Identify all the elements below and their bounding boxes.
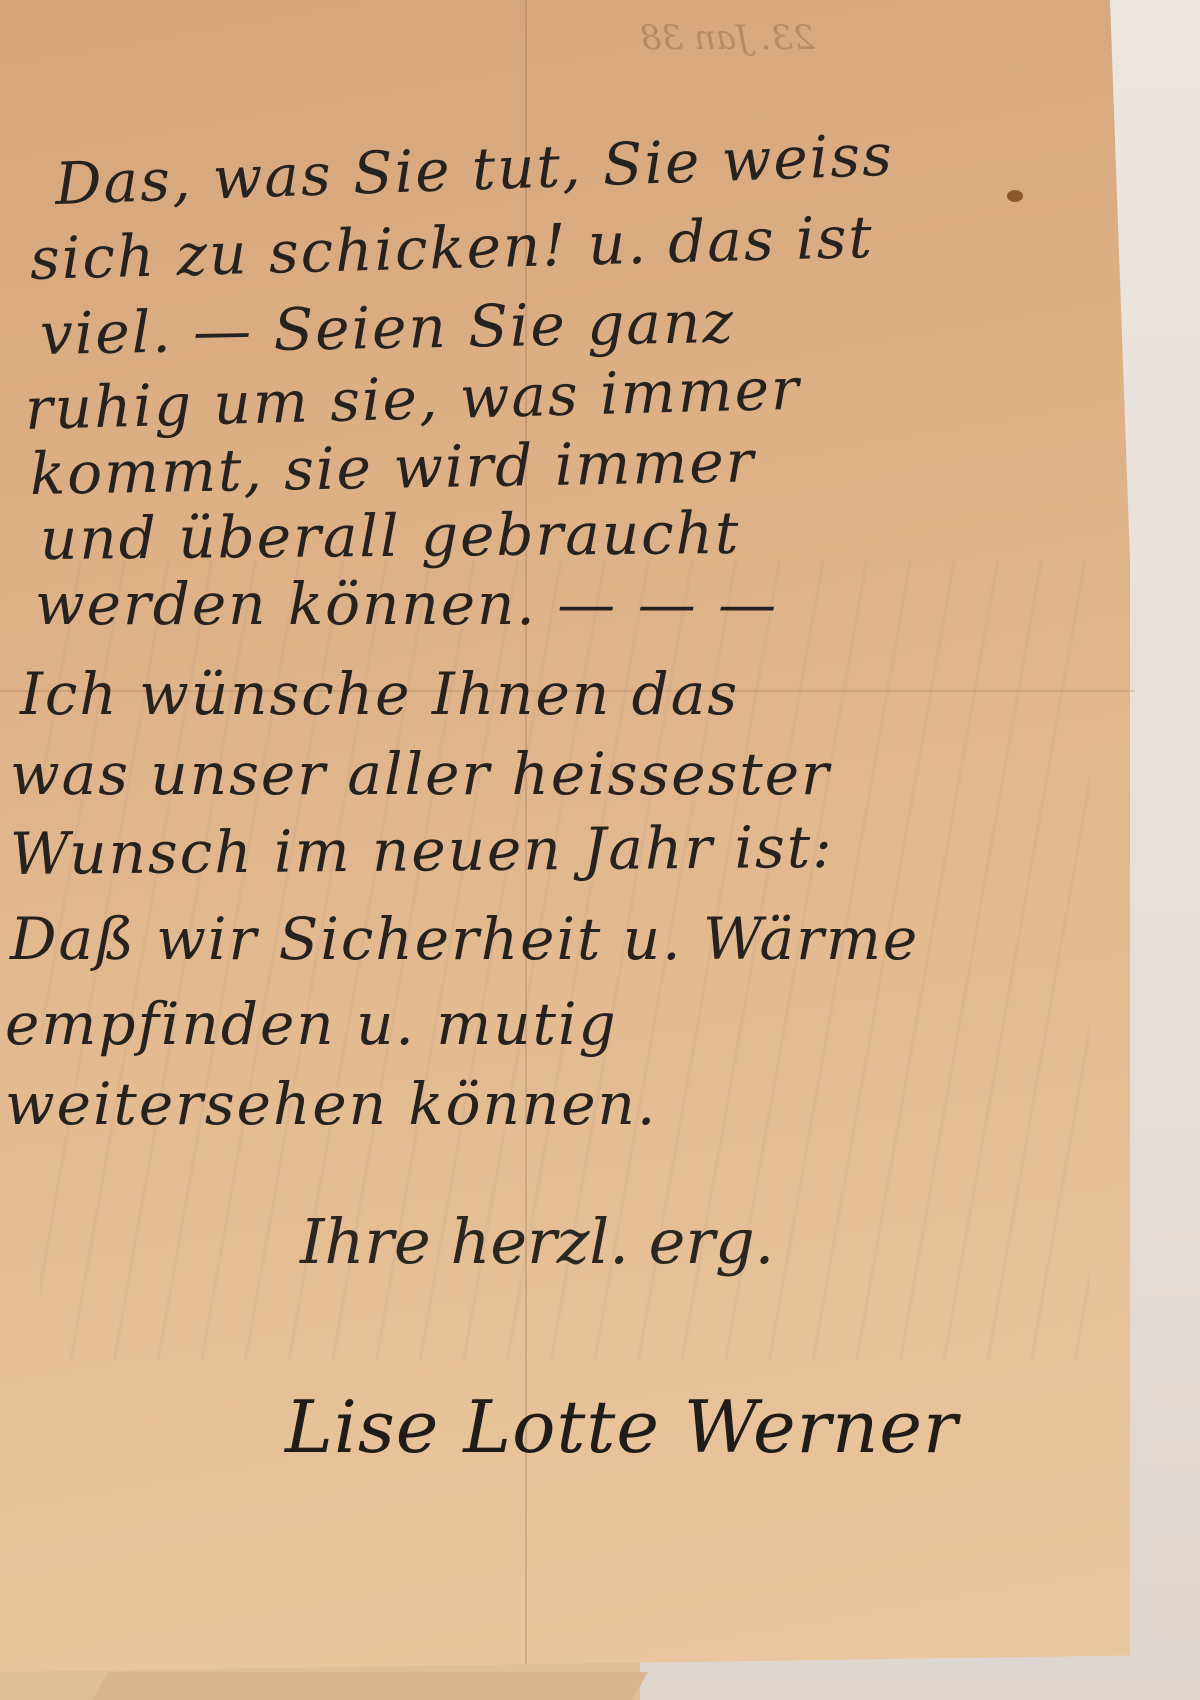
ink-stain <box>1007 190 1023 202</box>
letter-line: kommt, sie wird immer <box>29 427 755 508</box>
mirrored-date-note: 23. Jan 38 <box>640 18 815 58</box>
letter-closing: Ihre herzl. erg. <box>300 1205 774 1278</box>
letter-line: viel. — Seien Sie ganz <box>39 288 735 368</box>
letter-signature: Lise Lotte Werner <box>285 1385 958 1469</box>
letter-line: weitersehen können. <box>5 1070 657 1138</box>
letter-line: Daß wir Sicherheit u. Wärme <box>10 905 919 973</box>
underlying-envelope-flap <box>92 1672 648 1700</box>
letter-line: werden können. — — — <box>35 570 778 638</box>
letter-line: Ich wünsche Ihnen das <box>20 660 739 728</box>
letter-line: empfinden u. mutig <box>5 990 618 1058</box>
letter-line: Wunsch im neuen Jahr ist: <box>10 813 834 888</box>
letter-line: und überall gebraucht <box>40 499 741 573</box>
letter-line: was unser aller heissester <box>10 740 831 808</box>
